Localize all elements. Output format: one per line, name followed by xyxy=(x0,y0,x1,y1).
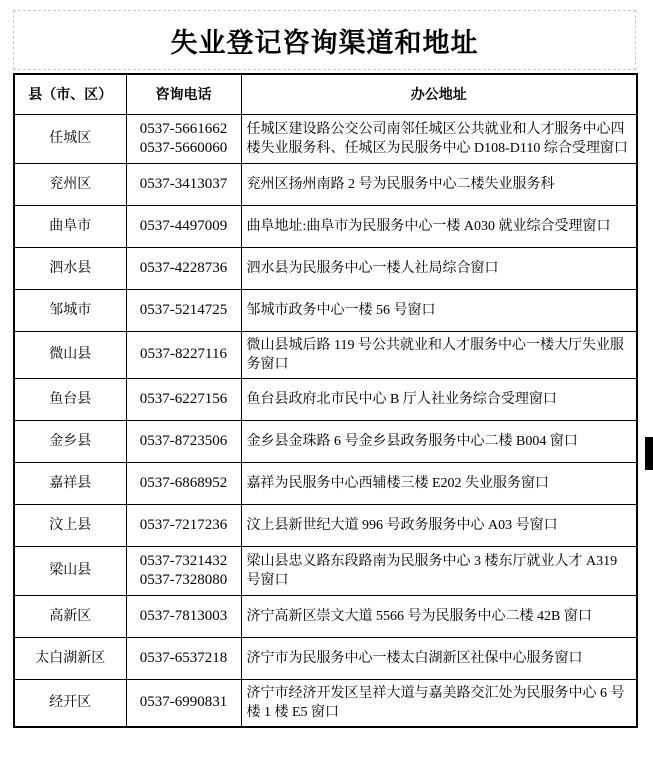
phone-number: 0537-4497009 xyxy=(129,217,239,236)
phone-cell: 0537-6868952 xyxy=(126,462,241,504)
region-cell: 任城区 xyxy=(14,114,126,163)
header-region: 县（市、区） xyxy=(14,74,126,114)
address-cell: 曲阜地址:曲阜市为民服务中心一楼 A030 就业综合受理窗口 xyxy=(241,205,637,247)
phone-cell: 0537-8723506 xyxy=(126,420,241,462)
address-cell: 嘉祥为民服务中心西辅楼三楼 E202 失业服务窗口 xyxy=(241,462,637,504)
table-row: 兖州区 0537-3413037 兖州区扬州南路 2 号为民服务中心二楼失业服务… xyxy=(14,163,637,205)
table-row: 高新区 0537-7813003 济宁高新区崇文大道 5566 号为民服务中心二… xyxy=(14,595,637,637)
address-cell: 泗水县为民服务中心一楼人社局综合窗口 xyxy=(241,247,637,289)
header-phone: 咨询电话 xyxy=(126,74,241,114)
phone-number: 0537-6868952 xyxy=(129,474,239,493)
phone-number: 0537-6537218 xyxy=(129,649,239,668)
phone-number: 0537-7217236 xyxy=(129,516,239,535)
table-row: 微山县 0537-8227116 微山县城后路 119 号公共就业和人才服务中心… xyxy=(14,331,637,378)
table-row: 任城区 0537-56616620537-5660060 任城区建设路公交公司南… xyxy=(14,114,637,163)
phone-cell: 0537-6990831 xyxy=(126,679,241,727)
phone-cell: 0537-7217236 xyxy=(126,504,241,546)
consultation-table: 县（市、区） 咨询电话 办公地址 任城区 0537-56616620537-56… xyxy=(13,73,638,728)
region-cell: 经开区 xyxy=(14,679,126,727)
table-row: 泗水县 0537-4228736 泗水县为民服务中心一楼人社局综合窗口 xyxy=(14,247,637,289)
header-address: 办公地址 xyxy=(241,74,637,114)
table-body: 任城区 0537-56616620537-5660060 任城区建设路公交公司南… xyxy=(14,114,637,727)
scrollbar-thumb[interactable] xyxy=(645,437,653,470)
address-cell: 济宁高新区崇文大道 5566 号为民服务中心二楼 42B 窗口 xyxy=(241,595,637,637)
table-row: 梁山县 0537-73214320537-7328080 梁山县忠义路东段路南为… xyxy=(14,546,637,595)
table-row: 邹城市 0537-5214725 邹城市政务中心一楼 56 号窗口 xyxy=(14,289,637,331)
header-row: 县（市、区） 咨询电话 办公地址 xyxy=(14,74,637,114)
table-header: 县（市、区） 咨询电话 办公地址 xyxy=(14,74,637,114)
table-row: 曲阜市 0537-4497009 曲阜地址:曲阜市为民服务中心一楼 A030 就… xyxy=(14,205,637,247)
phone-number: 0537-5661662 xyxy=(129,120,239,139)
table-row: 汶上县 0537-7217236 汶上县新世纪大道 996 号政务服务中心 A0… xyxy=(14,504,637,546)
table-row: 嘉祥县 0537-6868952 嘉祥为民服务中心西辅楼三楼 E202 失业服务… xyxy=(14,462,637,504)
phone-cell: 0537-6227156 xyxy=(126,378,241,420)
phone-number: 0537-8723506 xyxy=(129,432,239,451)
phone-cell: 0537-5214725 xyxy=(126,289,241,331)
address-cell: 金乡县金珠路 6 号金乡县政务服务中心二楼 B004 窗口 xyxy=(241,420,637,462)
phone-number: 0537-5660060 xyxy=(129,139,239,158)
region-cell: 金乡县 xyxy=(14,420,126,462)
address-cell: 济宁市为民服务中心一楼太白湖新区社保中心服务窗口 xyxy=(241,637,637,679)
phone-cell: 0537-6537218 xyxy=(126,637,241,679)
address-cell: 梁山县忠义路东段路南为民服务中心 3 楼东厅就业人才 A319 号窗口 xyxy=(241,546,637,595)
phone-cell: 0537-7813003 xyxy=(126,595,241,637)
region-cell: 曲阜市 xyxy=(14,205,126,247)
address-cell: 鱼台县政府北市民中心 B 厅人社业务综合受理窗口 xyxy=(241,378,637,420)
region-cell: 鱼台县 xyxy=(14,378,126,420)
phone-cell: 0537-4228736 xyxy=(126,247,241,289)
table-row: 金乡县 0537-8723506 金乡县金珠路 6 号金乡县政务服务中心二楼 B… xyxy=(14,420,637,462)
phone-cell: 0537-3413037 xyxy=(126,163,241,205)
phone-cell: 0537-56616620537-5660060 xyxy=(126,114,241,163)
region-cell: 泗水县 xyxy=(14,247,126,289)
page-title: 失业登记咨询渠道和地址 xyxy=(171,21,479,60)
document-page: 失业登记咨询渠道和地址 县（市、区） 咨询电话 办公地址 任城区 0537-56… xyxy=(0,0,653,728)
region-cell: 汶上县 xyxy=(14,504,126,546)
region-cell: 微山县 xyxy=(14,331,126,378)
phone-cell: 0537-73214320537-7328080 xyxy=(126,546,241,595)
table-row: 经开区 0537-6990831 济宁市经济开发区呈祥大道与嘉美路交汇处为民服务… xyxy=(14,679,637,727)
title-box: 失业登记咨询渠道和地址 xyxy=(13,10,636,70)
region-cell: 太白湖新区 xyxy=(14,637,126,679)
region-cell: 梁山县 xyxy=(14,546,126,595)
phone-number: 0537-5214725 xyxy=(129,301,239,320)
phone-number: 0537-7321432 xyxy=(129,552,239,571)
address-cell: 汶上县新世纪大道 996 号政务服务中心 A03 号窗口 xyxy=(241,504,637,546)
phone-cell: 0537-8227116 xyxy=(126,331,241,378)
region-cell: 嘉祥县 xyxy=(14,462,126,504)
table-row: 鱼台县 0537-6227156 鱼台县政府北市民中心 B 厅人社业务综合受理窗… xyxy=(14,378,637,420)
address-cell: 济宁市经济开发区呈祥大道与嘉美路交汇处为民服务中心 6 号楼 1 楼 E5 窗口 xyxy=(241,679,637,727)
phone-cell: 0537-4497009 xyxy=(126,205,241,247)
phone-number: 0537-4228736 xyxy=(129,259,239,278)
phone-number: 0537-8227116 xyxy=(129,345,239,364)
address-cell: 兖州区扬州南路 2 号为民服务中心二楼失业服务科 xyxy=(241,163,637,205)
phone-number: 0537-6227156 xyxy=(129,390,239,409)
region-cell: 兖州区 xyxy=(14,163,126,205)
phone-number: 0537-7813003 xyxy=(129,607,239,626)
address-cell: 微山县城后路 119 号公共就业和人才服务中心一楼大厅失业服务窗口 xyxy=(241,331,637,378)
address-cell: 任城区建设路公交公司南邻任城区公共就业和人才服务中心四楼失业服务科、任城区为民服… xyxy=(241,114,637,163)
phone-number: 0537-3413037 xyxy=(129,175,239,194)
region-cell: 邹城市 xyxy=(14,289,126,331)
address-cell: 邹城市政务中心一楼 56 号窗口 xyxy=(241,289,637,331)
table-row: 太白湖新区 0537-6537218 济宁市为民服务中心一楼太白湖新区社保中心服… xyxy=(14,637,637,679)
phone-number: 0537-7328080 xyxy=(129,571,239,590)
region-cell: 高新区 xyxy=(14,595,126,637)
phone-number: 0537-6990831 xyxy=(129,693,239,712)
